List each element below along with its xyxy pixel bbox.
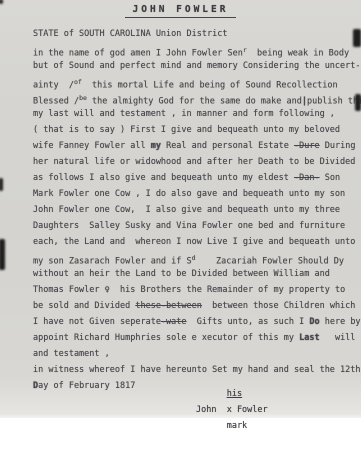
text-segment: -wate xyxy=(161,317,187,327)
text-segment: without an heir the Land to be Divided b… xyxy=(33,269,330,279)
text-segment: here by xyxy=(320,317,361,327)
text-segment: ay of February 1817 xyxy=(38,381,135,391)
text-segment: Last xyxy=(299,333,319,343)
text-segment: ainty / xyxy=(33,81,74,91)
text-segment: be xyxy=(79,94,87,102)
text-segment: his xyxy=(227,389,242,399)
text-segment: my son Zasarach Fowler and if S xyxy=(33,257,192,267)
body-line: wife Fanney Fowler all my Real and perso… xyxy=(33,138,361,154)
body-line: I have not Given seperate-wate Gifts unt… xyxy=(33,314,361,330)
body-line: Daughters Salley Susky and Vina Fowler o… xyxy=(33,218,361,234)
text-segment: her natural life or widowhood and after … xyxy=(33,157,355,167)
text-segment: John x Fowler xyxy=(196,405,268,415)
text-segment: appoint Richard Humphries sole e xecutor… xyxy=(33,333,299,343)
body-line: her natural life or widowhood and after … xyxy=(33,154,361,170)
text-segment: Gifts unto, as such I xyxy=(187,317,310,327)
body-line: in witness whereof I have hereunto Set m… xyxy=(33,362,361,378)
body-line: without an heir the Land to be Divided b… xyxy=(33,266,361,282)
text-segment: -Dure xyxy=(294,141,320,151)
body-line: as follows I also give and bequeath unto… xyxy=(33,170,361,186)
text-segment: but of Sound and perfect mind and memory… xyxy=(33,61,361,71)
body-line: my son Zasarach Fowler and if Sd Zacaria… xyxy=(33,250,361,266)
text-segment: these-between xyxy=(135,301,202,311)
signature-line: his xyxy=(196,389,268,405)
text-segment: mark xyxy=(196,421,247,431)
text-segment: I have not Given seperate xyxy=(33,317,161,327)
text-segment: and testament , xyxy=(33,349,110,359)
text-segment: -Dan- xyxy=(294,173,320,183)
signature-line: mark xyxy=(196,421,268,437)
body-line: STATE of SOUTH CAROLINA Union District xyxy=(33,26,361,42)
text-segment: During xyxy=(320,141,356,151)
text-segment: Thomas Fowler xyxy=(33,285,105,295)
text-segment: my last will and testament , in manner a… xyxy=(33,109,335,119)
body-line: but of Sound and perfect mind and memory… xyxy=(33,58,361,74)
signature-block: hisJohn x Fowler mark xyxy=(196,389,268,437)
document-title: JOHN FOWLER xyxy=(0,4,361,18)
text-segment: Son xyxy=(320,173,340,183)
text-segment: will xyxy=(320,333,356,343)
scan-artifact-left-blob xyxy=(0,239,5,270)
text-segment: Real and personal Estate xyxy=(161,141,294,151)
text-segment: being weak in Body xyxy=(247,49,349,59)
body-line: John Fowler one Cow, I also give and beq… xyxy=(33,202,361,218)
body-line: appoint Richard Humphries sole e xecutor… xyxy=(33,330,361,346)
text-segment: Do xyxy=(309,317,319,327)
body-line: my last will and testament , in manner a… xyxy=(33,106,361,122)
text-segment: John Fowler one Cow, I also give and beq… xyxy=(33,205,340,215)
text-segment: Blessed / xyxy=(33,97,79,107)
text-segment: wife Fanney Fowler all xyxy=(33,141,151,151)
text-segment: publish this xyxy=(307,97,361,107)
scan-artifact-right-lower xyxy=(355,94,361,111)
signature-line: John x Fowler xyxy=(196,405,268,421)
text-segment: the almighty God for the same do make an… xyxy=(87,97,302,107)
document-body: STATE of SOUTH CAROLINA Union Districtin… xyxy=(33,26,361,394)
scan-artifact-right-upper xyxy=(353,29,361,47)
text-segment: as follows I also give and bequeath unto… xyxy=(33,173,294,183)
text-segment: of xyxy=(74,78,82,86)
body-line: ( that is to say ) First I give and bequ… xyxy=(33,122,361,138)
text-segment: in witness whereof I have hereunto Set m… xyxy=(33,365,361,375)
text-segment: each, the Land and whereon I now Live I … xyxy=(33,237,355,247)
scan-artifact-left-small xyxy=(0,178,3,191)
text-segment: between those Children which xyxy=(202,301,356,311)
text-segment: be sold and Divided xyxy=(33,301,135,311)
text-segment: his Brothers the Remainder of my propert… xyxy=(110,285,345,295)
body-line: Mark Fowler one Cow , I do also gave and… xyxy=(33,186,361,202)
body-line: and testament , xyxy=(33,346,361,362)
body-line: ainty /of this mortal Life and being of … xyxy=(33,74,361,90)
text-segment: ( that is to say ) First I give and bequ… xyxy=(33,125,340,135)
text-segment xyxy=(196,389,227,399)
text-segment: in the name of god amen I John Fowler Se… xyxy=(33,49,243,59)
body-line: each, the Land and whereon I now Live I … xyxy=(33,234,361,250)
body-line: be sold and Divided these-between betwee… xyxy=(33,298,361,314)
body-line: Thomas Fowler ♀ his Brothers the Remaind… xyxy=(33,282,361,298)
text-segment: this mortal Life and being of Sound Reco… xyxy=(82,81,338,91)
body-line: Blessed /be the almighty God for the sam… xyxy=(33,90,361,106)
document-title-text: JOHN FOWLER xyxy=(125,4,237,18)
text-segment: my xyxy=(151,141,161,151)
body-line: in the name of god amen I John Fowler Se… xyxy=(33,42,361,58)
text-segment: STATE of SOUTH CAROLINA Union District xyxy=(33,29,227,39)
scanned-will-document: JOHN FOWLER STATE of SOUTH CAROLINA Unio… xyxy=(0,0,361,460)
text-segment: Mark Fowler one Cow , I do also gave and… xyxy=(33,189,345,199)
text-segment: Daughters Salley Susky and Vina Fowler o… xyxy=(33,221,345,231)
text-segment: Zacariah Fowler Should Dy xyxy=(196,257,344,267)
